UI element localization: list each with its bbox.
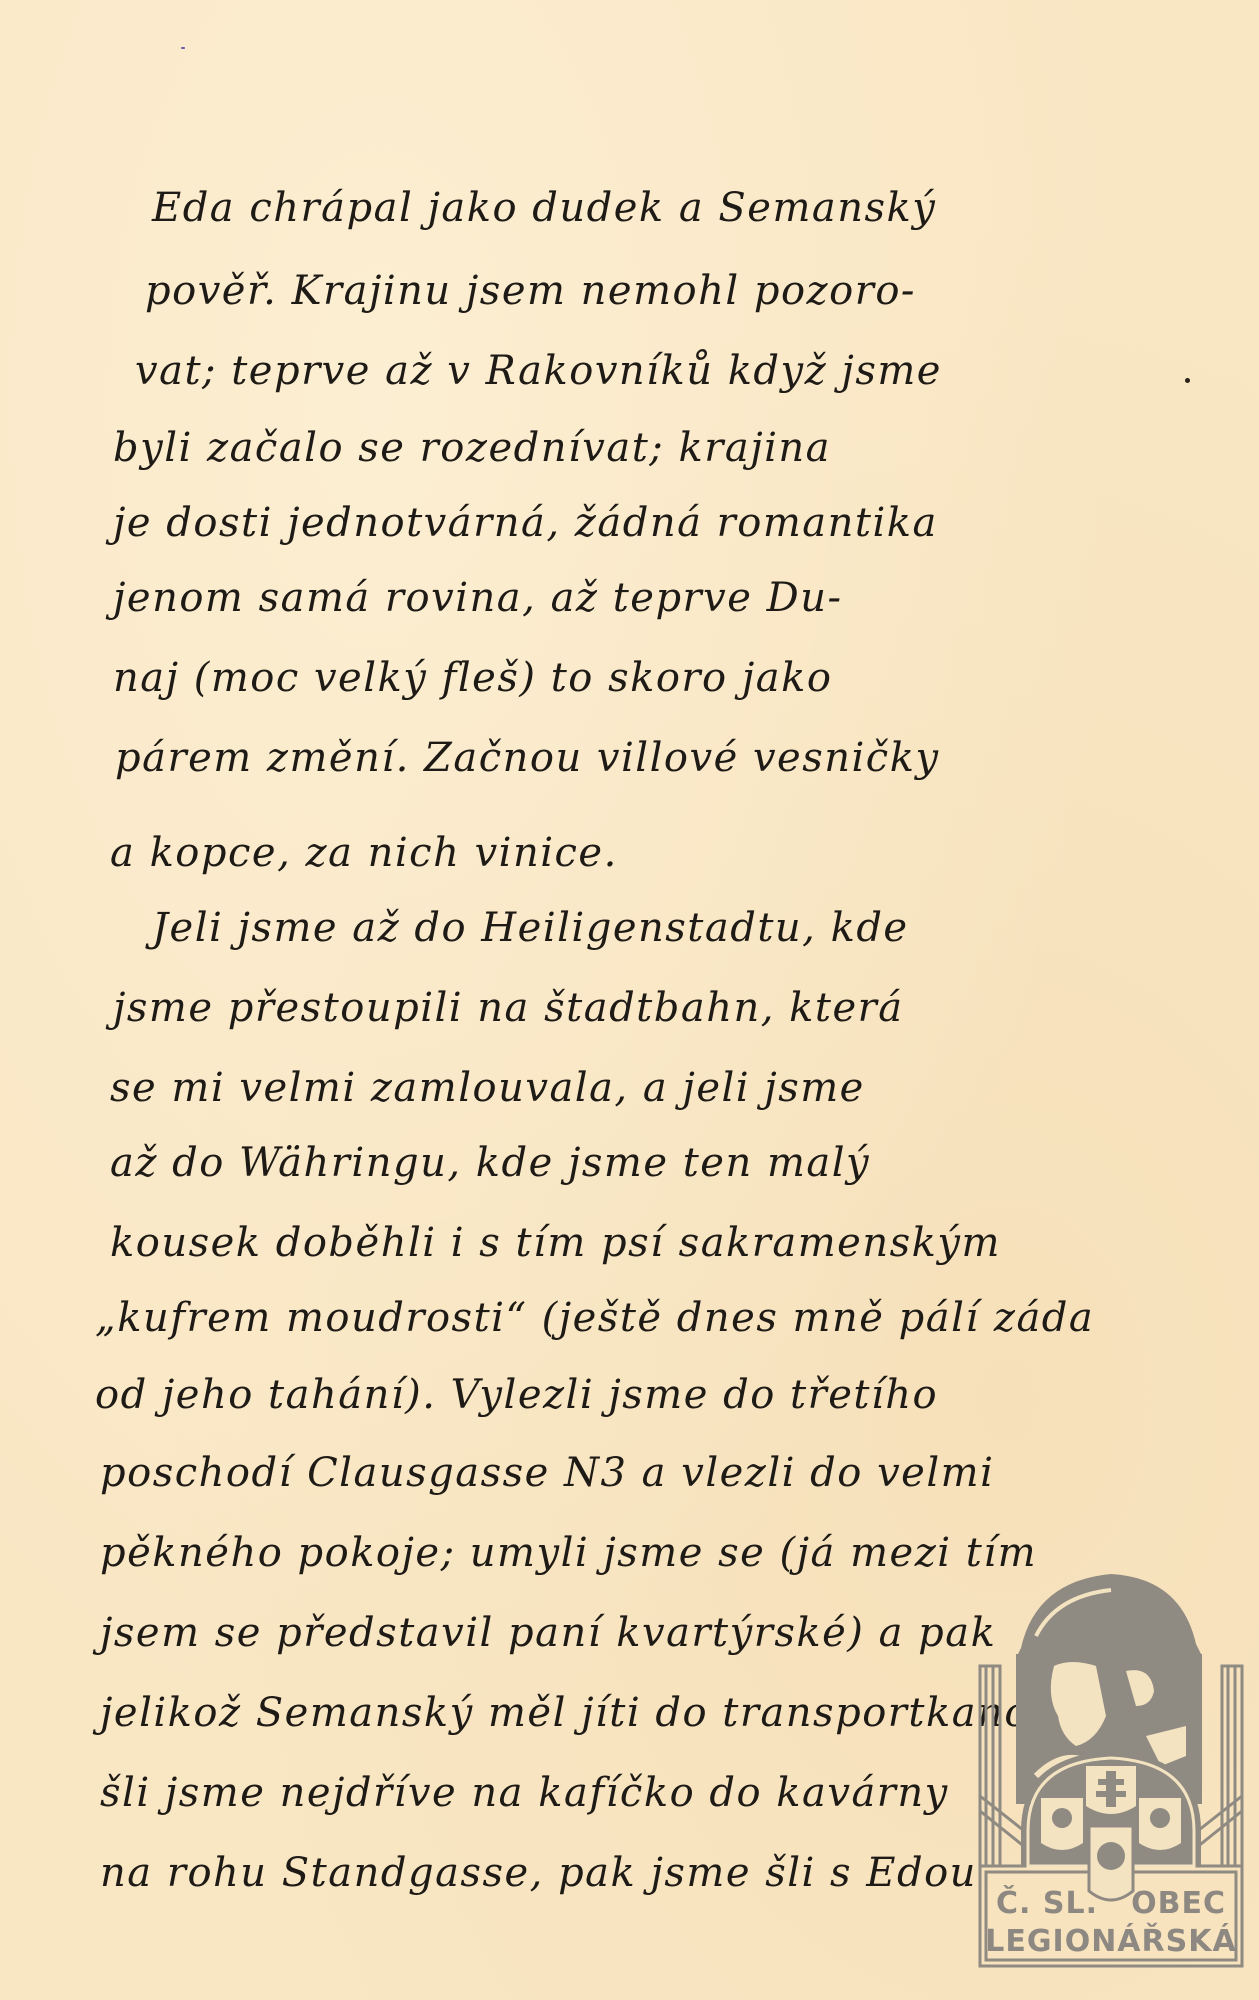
letter-line: jenom samá rovina, až teprve Du- (113, 575, 843, 621)
letter-line: kousek doběhli i s tím psí sakramenským (110, 1220, 1001, 1266)
letter-line: se mi velmi zamlouvala, a jeli jsme (110, 1065, 865, 1111)
watermark-line1-left: Č. SL. (996, 1886, 1098, 1921)
letter-line: pěkného pokoje; umyli jsme se (já mezi t… (100, 1530, 1037, 1576)
letter-line: jsme přestoupili na štadtbahn, která (113, 985, 904, 1031)
letter-line: naj (moc velký fleš) to skoro jako (113, 655, 832, 701)
letter-line: je dosti jednotvárná, žádná romantika (113, 500, 938, 546)
letter-line: od jeho tahání). Vylezli jsme do třetího (95, 1372, 938, 1418)
letter-line: „kufrem moudrosti“ (ještě dnes mně pálí … (95, 1295, 1094, 1341)
watermark-logo: Č. SL. OBEC LEGIONÁŘSKÁ (976, 1566, 1246, 1971)
letter-line: šli jsme nejdříve na kafíčko do kavárny (100, 1770, 949, 1816)
letter-line: vat; teprve až v Rakovníků když jsme (135, 348, 942, 394)
letter-line: až do Währingu, kde jsme ten malý (110, 1140, 870, 1186)
letter-line: Jeli jsme až do Heiligenstadtu, kde (152, 905, 909, 951)
letter-line: jsem se představil paní kvartýrské) a pa… (100, 1610, 996, 1656)
letter-line: na rohu Standgasse, pak jsme šli s Edou (100, 1850, 977, 1896)
letter-line: pověř. Krajinu jsem nemohl pozoro- (145, 268, 916, 314)
letter-line: Eda chrápal jako dudek a Semanský (152, 185, 1112, 231)
watermark-line1: Č. SL. OBEC (976, 1886, 1246, 1921)
ink-speck (181, 47, 185, 49)
ink-dot (1185, 378, 1190, 383)
watermark-line2: LEGIONÁŘSKÁ (976, 1924, 1246, 1959)
letter-line: párem změní. Začnou villové vesničky (115, 735, 940, 781)
letter-line: byli začalo se rozednívat; krajina (113, 425, 831, 471)
watermark-line1-right: OBEC (1131, 1886, 1226, 1921)
letter-line: a kopce, za nich vinice. (110, 830, 618, 876)
letter-line: poschodí Clausgasse N3 a vlezli do velmi (100, 1450, 994, 1496)
